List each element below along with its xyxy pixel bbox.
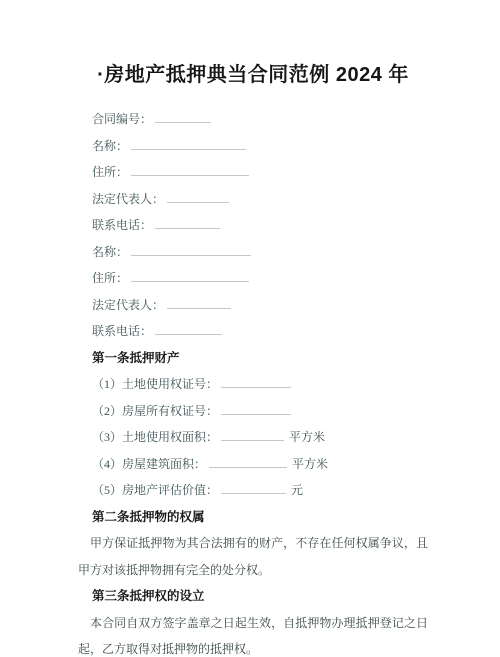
field-row-phone-2: 联系电话： <box>78 318 428 345</box>
blank-line <box>155 121 211 123</box>
blank-line <box>221 386 291 388</box>
item-label: （4）房屋建筑面积： <box>92 457 206 471</box>
field-row-name-2: 名称： <box>78 239 428 266</box>
field-label: 联系电话： <box>92 218 152 232</box>
field-row-legal-rep-2: 法定代表人： <box>78 292 428 319</box>
field-row-legal-rep-1: 法定代表人： <box>78 186 428 213</box>
item-unit: 元 <box>291 483 303 497</box>
item-row-building-area: （4）房屋建筑面积：平方米 <box>78 451 428 478</box>
item-unit: 平方米 <box>289 430 325 444</box>
item-row-appraised-value: （5）房地产评估价值：元 <box>78 477 428 504</box>
field-label: 合同编号： <box>92 112 152 126</box>
blank-line <box>155 227 220 229</box>
field-row-contract-number: 合同编号： <box>78 106 428 133</box>
blank-line <box>221 413 291 415</box>
item-unit: 平方米 <box>292 457 328 471</box>
item-label: （1）土地使用权证号： <box>92 377 218 391</box>
document-title: ·房地产抵押典当合同范例 2024 年 <box>78 0 428 90</box>
section-heading-article-3: 第三条抵押权的设立 <box>78 583 428 610</box>
field-row-phone-1: 联系电话： <box>78 212 428 239</box>
blank-line <box>167 201 229 203</box>
item-label: （5）房地产评估价值： <box>92 483 218 497</box>
field-label: 名称： <box>92 245 128 259</box>
field-label: 住所： <box>92 165 128 179</box>
item-label: （3）土地使用权面积： <box>92 430 218 444</box>
section-heading-article-2: 第二条抵押物的权属 <box>78 504 428 531</box>
blank-line <box>221 439 284 441</box>
field-label: 住所： <box>92 271 128 285</box>
field-label: 联系电话： <box>92 324 152 338</box>
field-row-name-1: 名称： <box>78 133 428 160</box>
field-row-address-1: 住所： <box>78 159 428 186</box>
section-paragraph-article-2: 甲方保证抵押物为其合法拥有的财产，不存在任何权属争议，且甲方对该抵押物拥有完全的… <box>78 530 428 583</box>
section-heading-article-1: 第一条抵押财产 <box>78 345 428 372</box>
blank-line <box>131 148 246 150</box>
contract-document-page: ·房地产抵押典当合同范例 2024 年 合同编号： 名称： 住所： 法定代表人：… <box>0 0 500 657</box>
blank-line <box>155 333 222 335</box>
item-row-land-cert: （1）土地使用权证号： <box>78 371 428 398</box>
field-label: 法定代表人： <box>92 192 164 206</box>
blank-line <box>131 174 249 176</box>
field-label: 名称： <box>92 139 128 153</box>
document-body: 合同编号： 名称： 住所： 法定代表人： 联系电话： 名称： 住所： 法定代表人… <box>78 106 428 657</box>
item-row-land-area: （3）土地使用权面积：平方米 <box>78 424 428 451</box>
field-label: 法定代表人： <box>92 298 164 312</box>
item-label: （2）房屋所有权证号： <box>92 404 218 418</box>
blank-line <box>131 254 251 256</box>
blank-line <box>221 492 286 494</box>
item-row-house-cert: （2）房屋所有权证号： <box>78 398 428 425</box>
blank-line <box>167 307 231 309</box>
field-row-address-2: 住所： <box>78 265 428 292</box>
section-paragraph-article-3: 本合同自双方签字盖章之日起生效，自抵押物办理抵押登记之日起，乙方取得对抵押物的抵… <box>78 610 428 657</box>
blank-line <box>131 280 249 282</box>
blank-line <box>209 466 287 468</box>
